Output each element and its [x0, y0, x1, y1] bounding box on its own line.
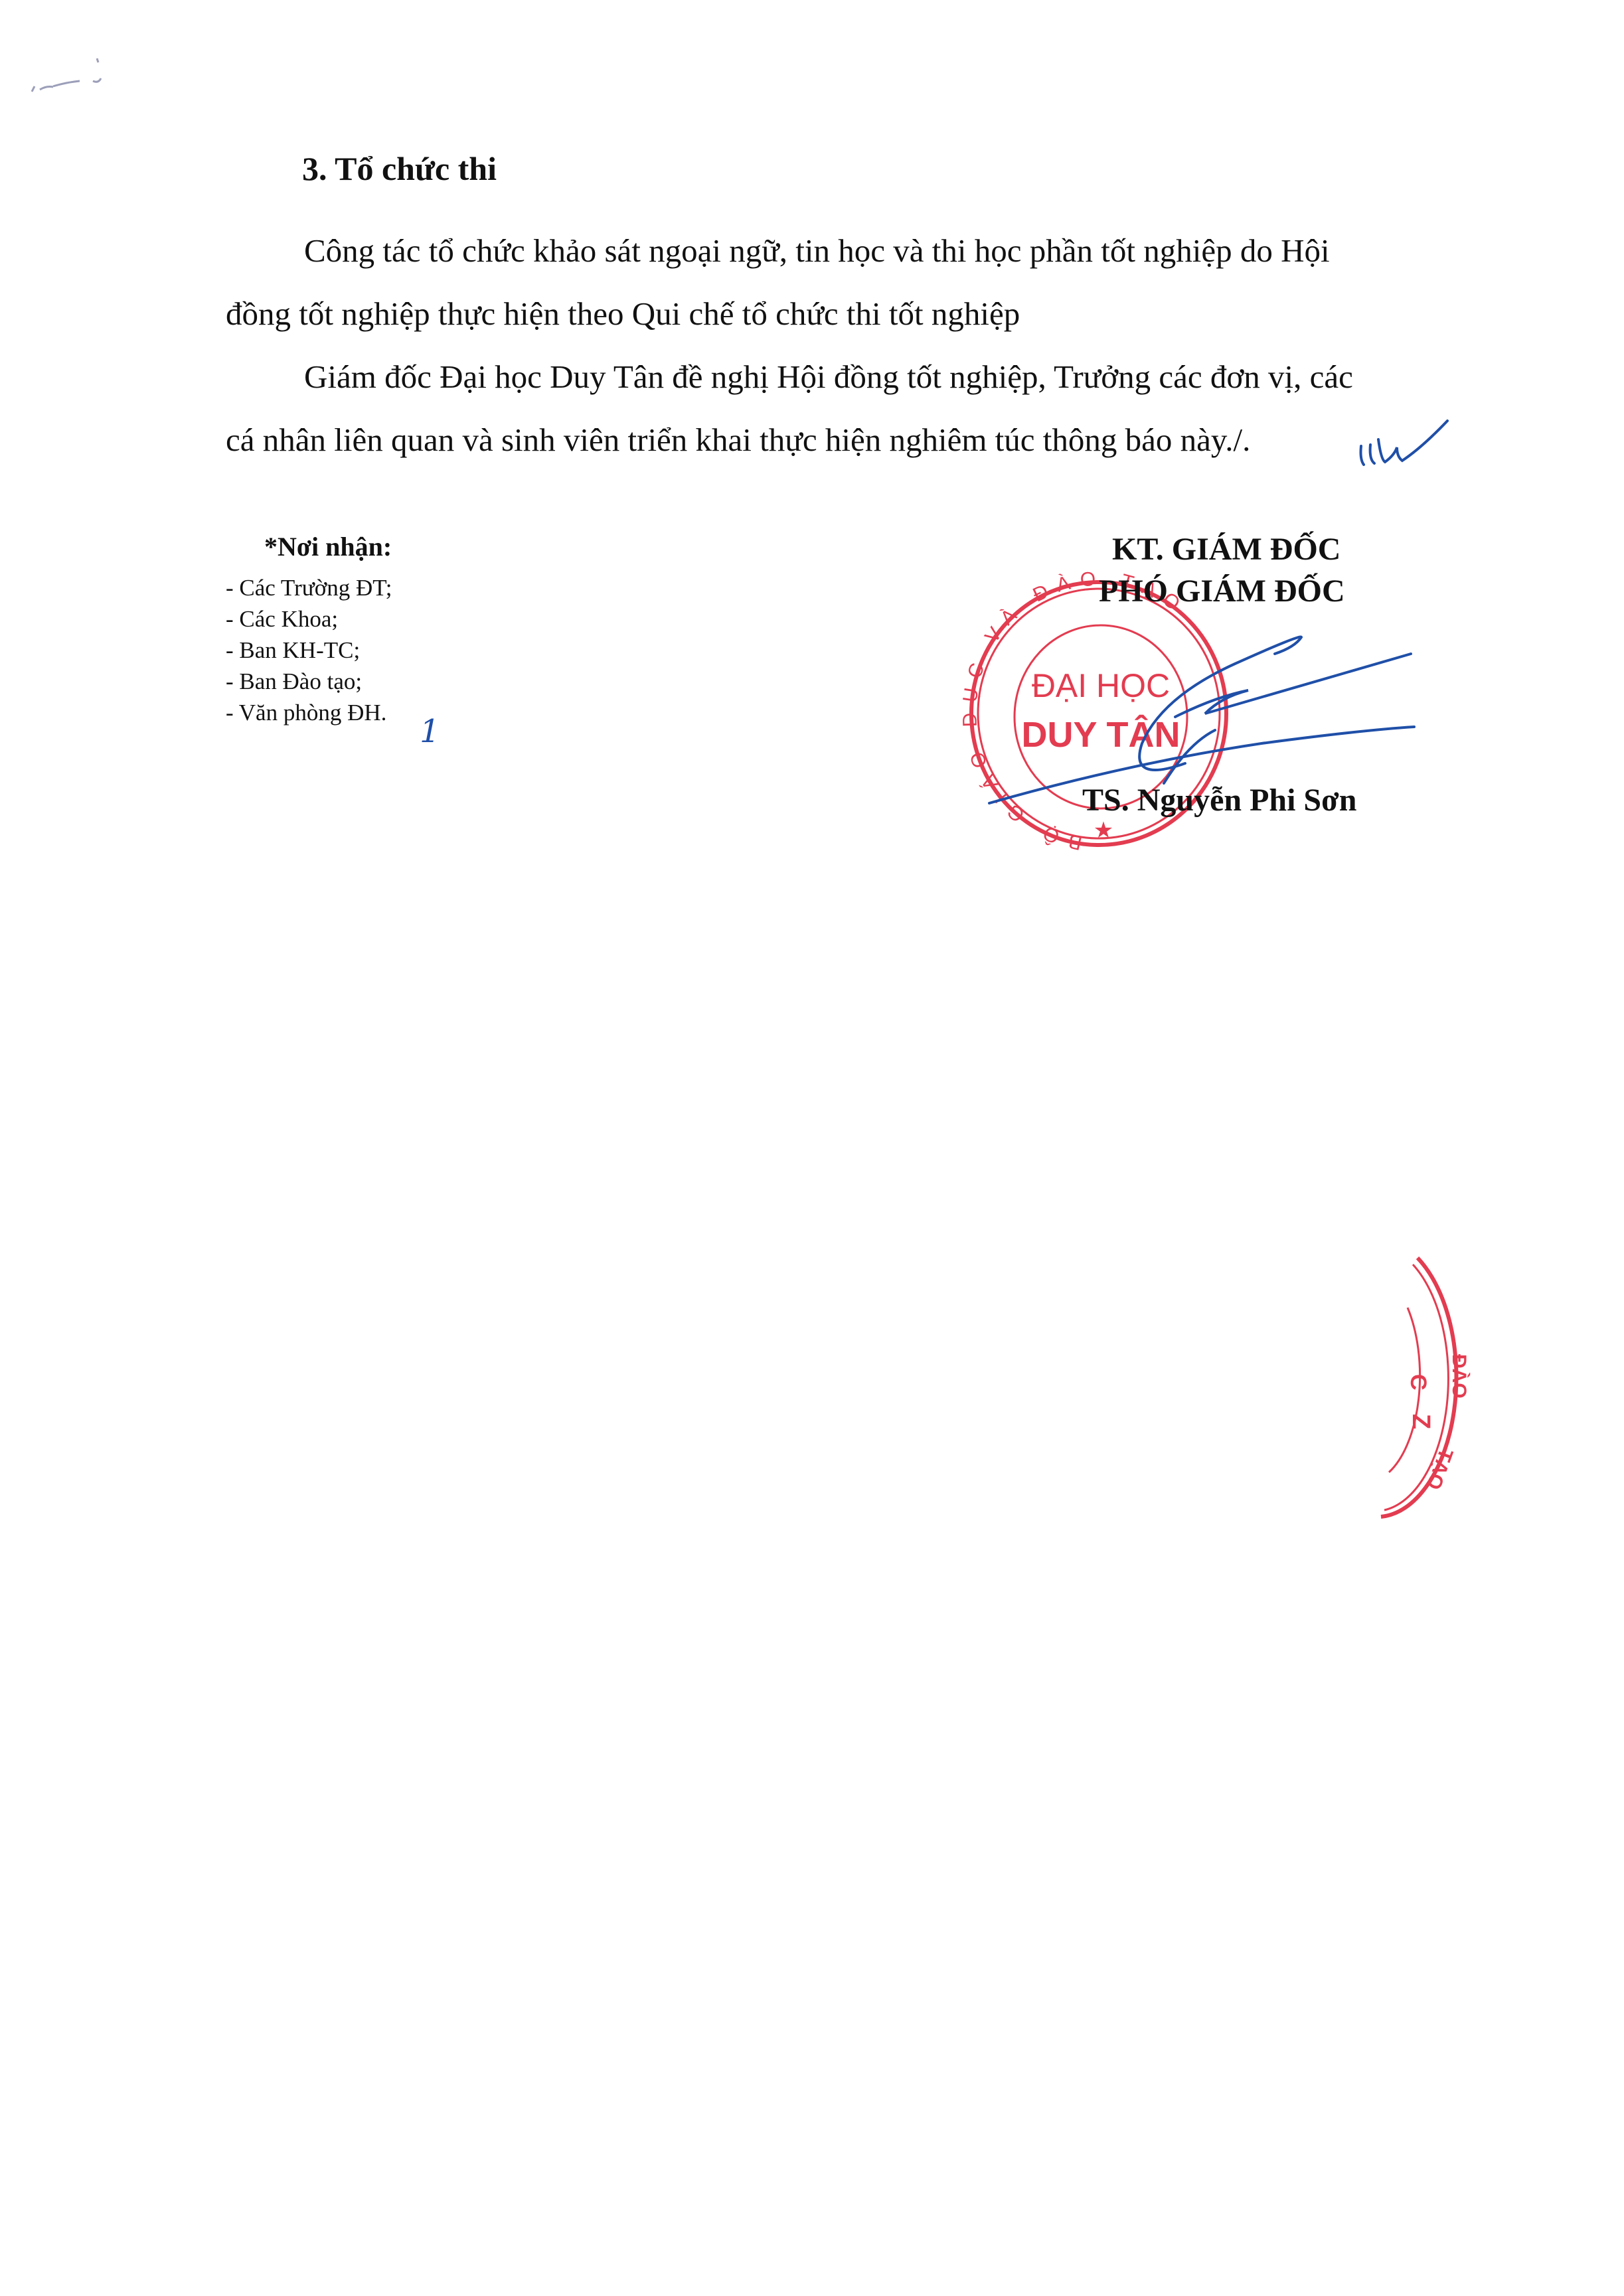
svg-text:TẠO: TẠO	[1422, 1446, 1457, 1493]
star-icon: ★	[1094, 818, 1113, 843]
partial-stamp: ĐÀO TẠO C Z	[1381, 1258, 1471, 1517]
signature-title-line-1: KT. GIÁM ĐỐC	[1112, 531, 1340, 568]
signatory-name: TS. Nguyễn Phi Sơn	[1082, 782, 1356, 818]
svg-text:C: C	[1406, 1374, 1431, 1391]
stamp-line-1: ĐẠI HỌC	[1032, 667, 1170, 704]
handwritten-mark: 1	[420, 713, 440, 750]
svg-text:ĐÀO: ĐÀO	[1448, 1354, 1471, 1399]
svg-text:Z: Z	[1407, 1414, 1435, 1429]
signature-title-line-2: PHÓ GIÁM ĐỐC	[1099, 573, 1345, 609]
handwritten-initials	[1361, 421, 1448, 465]
scan-mark-icon	[32, 58, 101, 92]
stamp-signature-layer: BỘ GIÁO DỤC VÀ ĐÀO TẠO ĐẠI HỌC DUY TÂN ★…	[0, 0, 1624, 2296]
